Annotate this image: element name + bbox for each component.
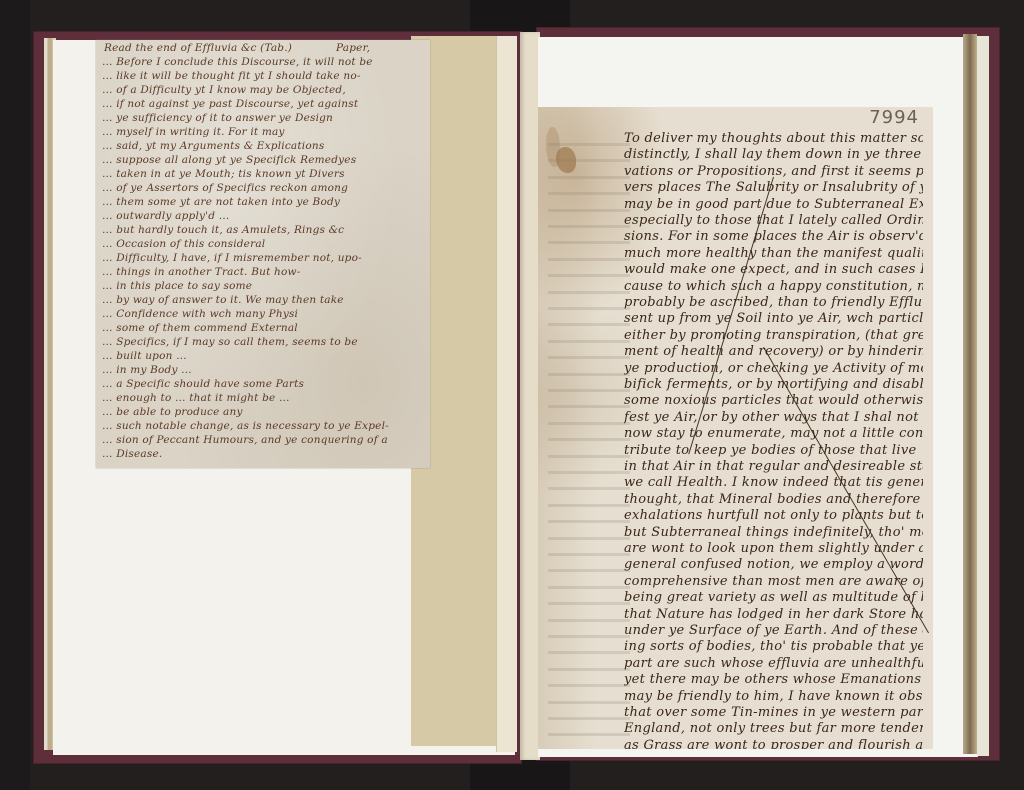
show-through-text — [548, 307, 630, 310]
manuscript-line: … in this place to say some — [102, 280, 422, 292]
manuscript-line: as Grass are wont to prosper and flouris… — [624, 736, 923, 749]
show-through-text — [548, 192, 630, 195]
manuscript-line: … outwardly apply'd … — [102, 210, 422, 222]
show-through-text — [548, 668, 630, 671]
manuscript-line: … of a Difficulty yt I know may be Objec… — [102, 84, 422, 96]
show-through-text — [548, 373, 630, 376]
manuscript-line: … Before I conclude this Discourse, it w… — [102, 56, 422, 68]
manuscript-line: … of ye Assertors of Specifics reckon am… — [102, 182, 422, 194]
show-through-text — [548, 684, 630, 687]
show-through-text — [548, 635, 630, 638]
manuscript-line: … Specifics, if I may so call them, seem… — [102, 336, 422, 348]
show-through-text — [548, 241, 630, 244]
show-through-text — [548, 422, 630, 425]
show-through-text — [548, 159, 630, 162]
manuscript-line: … things in another Tract. But how- — [102, 266, 422, 278]
show-through-text — [548, 291, 630, 294]
show-through-text — [548, 455, 630, 458]
show-through-text — [548, 586, 630, 589]
show-through-text — [548, 537, 630, 540]
right-gutter — [520, 32, 540, 760]
show-through-text — [548, 274, 630, 277]
show-through-text — [548, 471, 630, 474]
manuscript-line: … a Specific should have some Parts — [102, 378, 422, 390]
manuscript-line: … Occasion of this consideral — [102, 238, 422, 250]
show-through-text — [548, 389, 630, 392]
show-through-text — [548, 520, 630, 523]
show-through-text — [548, 405, 630, 408]
manuscript-line: … sion of Peccant Humours, and ye conque… — [102, 434, 422, 446]
show-through-text — [548, 487, 630, 490]
manuscript-line: … enough to … that it might be … — [102, 392, 422, 404]
right-manuscript-leaf: 7994 To deliver my thoughts about this m… — [538, 107, 933, 749]
show-through-text — [548, 356, 630, 359]
show-through-text — [548, 258, 630, 261]
manuscript-line: … but hardly touch it, as Amulets, Rings… — [102, 224, 422, 236]
show-through-text — [548, 438, 630, 441]
right-endpaper — [977, 36, 989, 756]
show-through-text — [548, 553, 630, 556]
manuscript-line: … some of them commend External — [102, 322, 422, 334]
show-through-text — [548, 569, 630, 572]
right-page-edges — [963, 34, 977, 754]
background-stripe-left — [0, 0, 30, 790]
manuscript-line: … ye sufficiency of it to answer ye Desi… — [102, 112, 422, 124]
manuscript-line: … like it will be thought fit yt I shoul… — [102, 70, 422, 82]
manuscript-line: … be able to produce any — [102, 406, 422, 418]
manuscript-line: … if not against ye past Discourse, yet … — [102, 98, 422, 110]
show-through-text — [548, 733, 630, 736]
show-through-text — [548, 717, 630, 720]
manuscript-line: … suppose all along yt ye Specifick Reme… — [102, 154, 422, 166]
show-through-text — [548, 143, 630, 146]
show-through-text — [548, 340, 630, 343]
show-through-text — [548, 701, 630, 704]
show-through-text — [548, 619, 630, 622]
show-through-text — [548, 651, 630, 654]
show-through-text — [548, 323, 630, 326]
manuscript-line: … Difficulty, I have, if I misremember n… — [102, 252, 422, 264]
show-through-text — [548, 602, 630, 605]
manuscript-line: … in my Body … — [102, 364, 422, 376]
show-through-text — [548, 209, 630, 212]
left-header-note: Read the end of Effluvia &c (Tab.) — [104, 42, 422, 54]
manuscript-line: … said, yt my Arguments & Explications — [102, 140, 422, 152]
left-manuscript-leaf: Read the end of Effluvia &c (Tab.) Paper… — [96, 40, 430, 468]
show-through-text — [548, 225, 630, 228]
manuscript-line: … Disease. — [102, 448, 422, 460]
manuscript-line: … Confidence with wch many Physi — [102, 308, 422, 320]
left-header-label: Paper, — [336, 42, 370, 54]
manuscript-line: … by way of answer to it. We may then ta… — [102, 294, 422, 306]
manuscript-line: … such notable change, as is necessary t… — [102, 420, 422, 432]
manuscript-line: … myself in writing it. For it may — [102, 126, 422, 138]
folio-number: 7994 — [869, 107, 919, 128]
show-through-text — [548, 176, 630, 179]
left-gutter-fold — [496, 36, 517, 752]
manuscript-line: … them some yt are not taken into ye Bod… — [102, 196, 422, 208]
manuscript-line: … taken in at ye Mouth; tis known yt Div… — [102, 168, 422, 180]
manuscript-line: … built upon … — [102, 350, 422, 362]
show-through-text — [548, 504, 630, 507]
